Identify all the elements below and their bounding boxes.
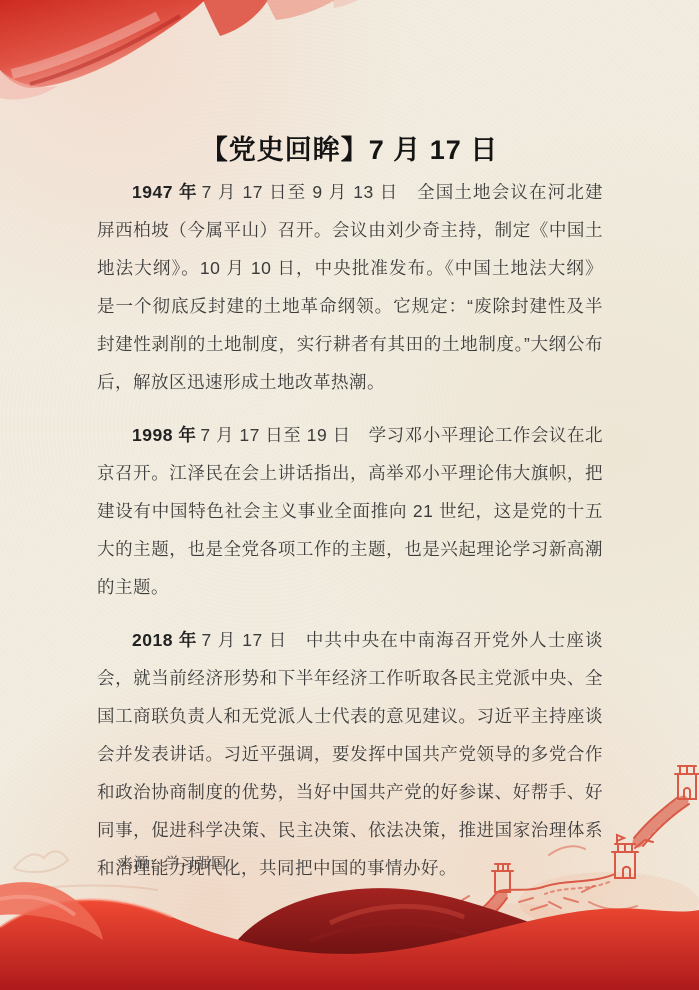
document-page: 【党史回眸】7 月 17 日 1947 年7 月 17 日至 9 月 13 日 …: [0, 0, 699, 990]
paragraph-text: 7 月 17 日 中共中央在中南海召开党外人士座谈会，就当前经济形势和下半年经济…: [97, 630, 603, 878]
history-paragraph-1998: 1998 年7 月 17 日至 19 日 学习邓小平理论工作会议在北京召开。江泽…: [97, 416, 603, 606]
red-ribbon-decoration: [0, 0, 360, 140]
year-label: 1947 年: [132, 182, 198, 202]
article-body: 1947 年7 月 17 日至 9 月 13 日 全国土地会议在河北建屏西柏坡（…: [97, 173, 603, 902]
history-paragraph-1947: 1947 年7 月 17 日至 9 月 13 日 全国土地会议在河北建屏西柏坡（…: [97, 173, 603, 401]
year-label: 1998 年: [132, 425, 196, 445]
paragraph-text: 7 月 17 日至 19 日 学习邓小平理论工作会议在北京召开。江泽民在会上讲话…: [97, 425, 603, 597]
year-label: 2018 年: [132, 630, 198, 650]
paragraph-text: 7 月 17 日至 9 月 13 日 全国土地会议在河北建屏西柏坡（今属平山）召…: [97, 182, 603, 392]
source-credit: 来源：学习强国: [118, 852, 227, 873]
page-title: 【党史回眸】7 月 17 日: [0, 128, 699, 167]
history-paragraph-2018: 2018 年7 月 17 日 中共中央在中南海召开党外人士座谈会，就当前经济形势…: [97, 621, 603, 887]
